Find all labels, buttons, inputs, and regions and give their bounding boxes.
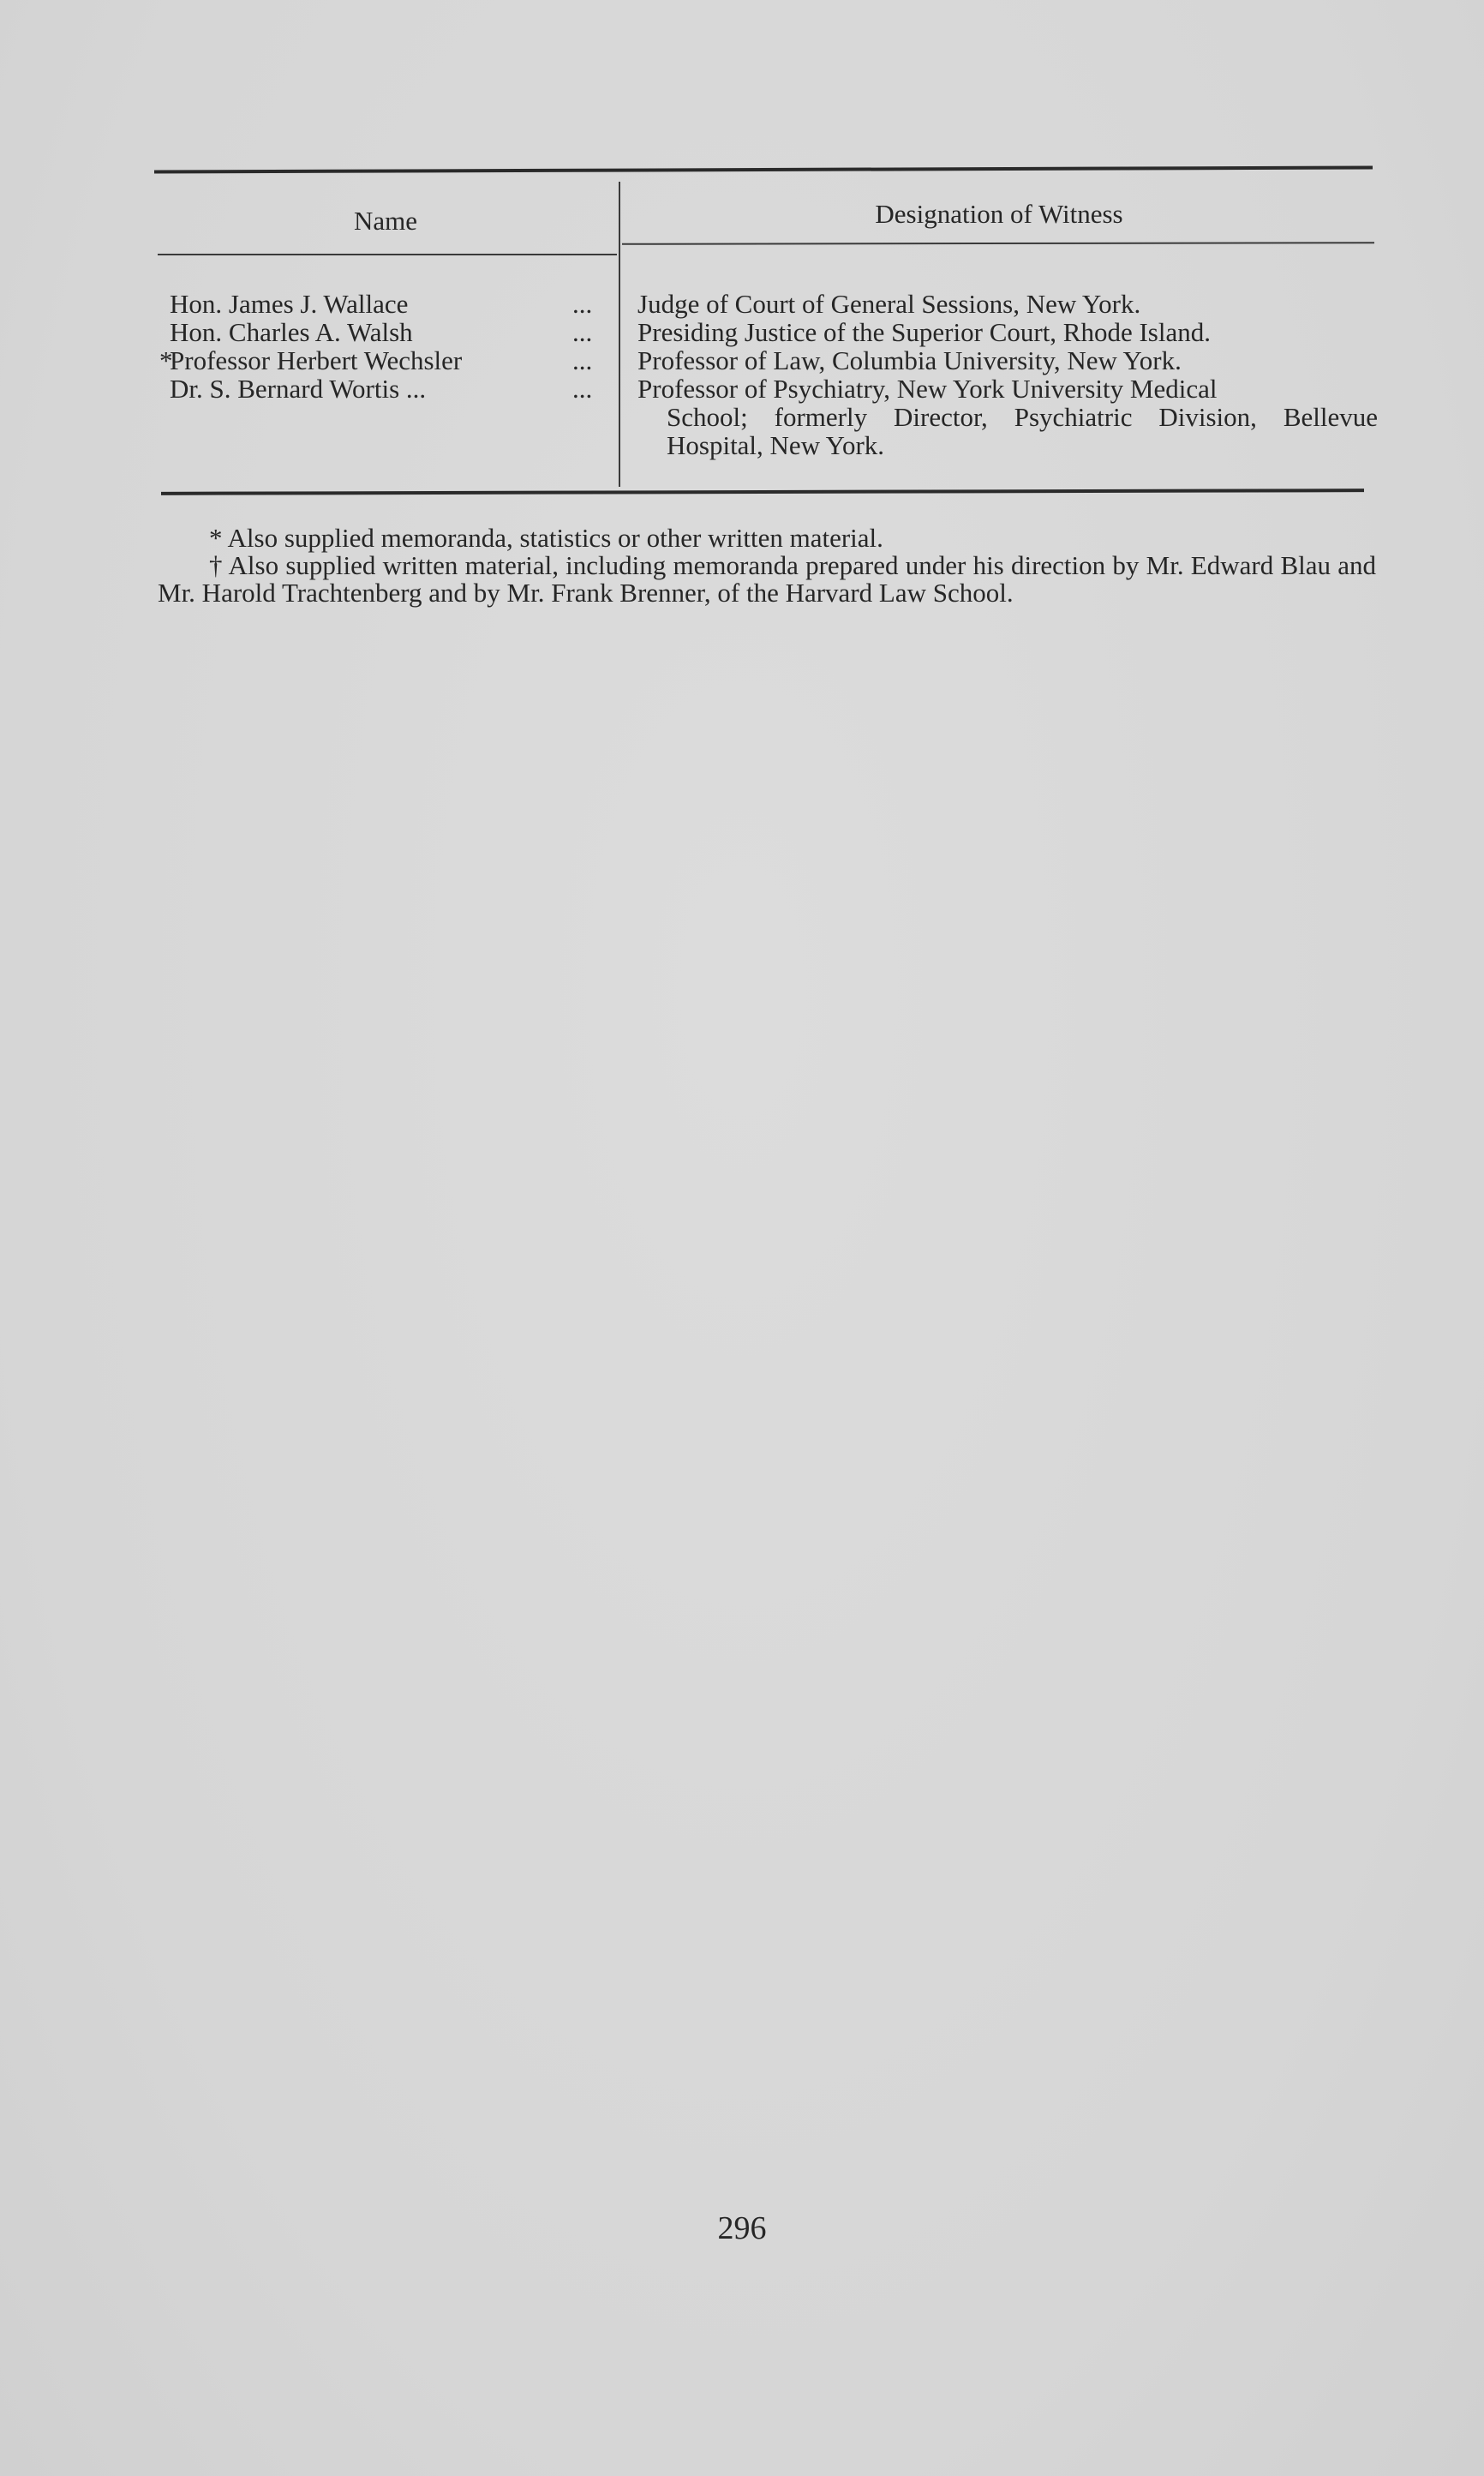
- footnote-dagger: † Also supplied written material, includ…: [158, 552, 1376, 607]
- designation-continuation: School; formerly Director, Psychiatric D…: [637, 403, 1378, 459]
- header-rule-left: [158, 254, 617, 255]
- witness-designation: Judge of Court of General Sessions, New …: [637, 290, 1378, 318]
- header-name: Name: [154, 206, 617, 237]
- dot-leader: ...: [572, 375, 592, 403]
- witness-name: Professor Herbert Wechsler: [170, 345, 462, 375]
- witness-designation: Professor of Psychiatry, New York Univer…: [637, 375, 1378, 459]
- dot-leader: ...: [572, 290, 592, 318]
- table-bottom-rule: [161, 489, 1364, 495]
- witness-name: Dr. S. Bernard Wortis ...: [170, 374, 426, 404]
- dot-leader: ...: [572, 346, 592, 375]
- witness-designation: Professor of Law, Columbia University, N…: [637, 346, 1378, 375]
- witness-name: Hon. James J. Wallace: [170, 289, 408, 319]
- document-page: Name Designation of Witness Hon. James J…: [0, 0, 1484, 2476]
- witness-name: Hon. Charles A. Walsh: [170, 317, 413, 347]
- footnote-mark: *: [159, 346, 173, 375]
- table-row: Hon. James J. Wallace ...: [170, 290, 598, 318]
- footnotes: * Also supplied memoranda, statistics or…: [158, 525, 1376, 607]
- designation-first-line: Professor of Psychiatry, New York Univer…: [637, 374, 1217, 404]
- footnote-asterisk: * Also supplied memoranda, statistics or…: [158, 525, 1376, 552]
- table-row: Hon. Charles A. Walsh ...: [170, 318, 598, 346]
- witness-designation: Presiding Justice of the Superior Court,…: [637, 318, 1378, 346]
- page-number: 296: [0, 2209, 1484, 2247]
- header-rule-right: [622, 242, 1374, 245]
- table-row: Dr. S. Bernard Wortis ... ...: [170, 375, 598, 403]
- name-column: Hon. James J. Wallace ... Hon. Charles A…: [170, 290, 598, 403]
- table-top-rule: [154, 166, 1373, 174]
- header-designation: Designation of Witness: [622, 199, 1376, 230]
- column-divider: [619, 182, 620, 487]
- table-row: * Professor Herbert Wechsler ...: [170, 346, 598, 375]
- designation-column: Judge of Court of General Sessions, New …: [637, 290, 1378, 459]
- dot-leader: ...: [572, 318, 592, 346]
